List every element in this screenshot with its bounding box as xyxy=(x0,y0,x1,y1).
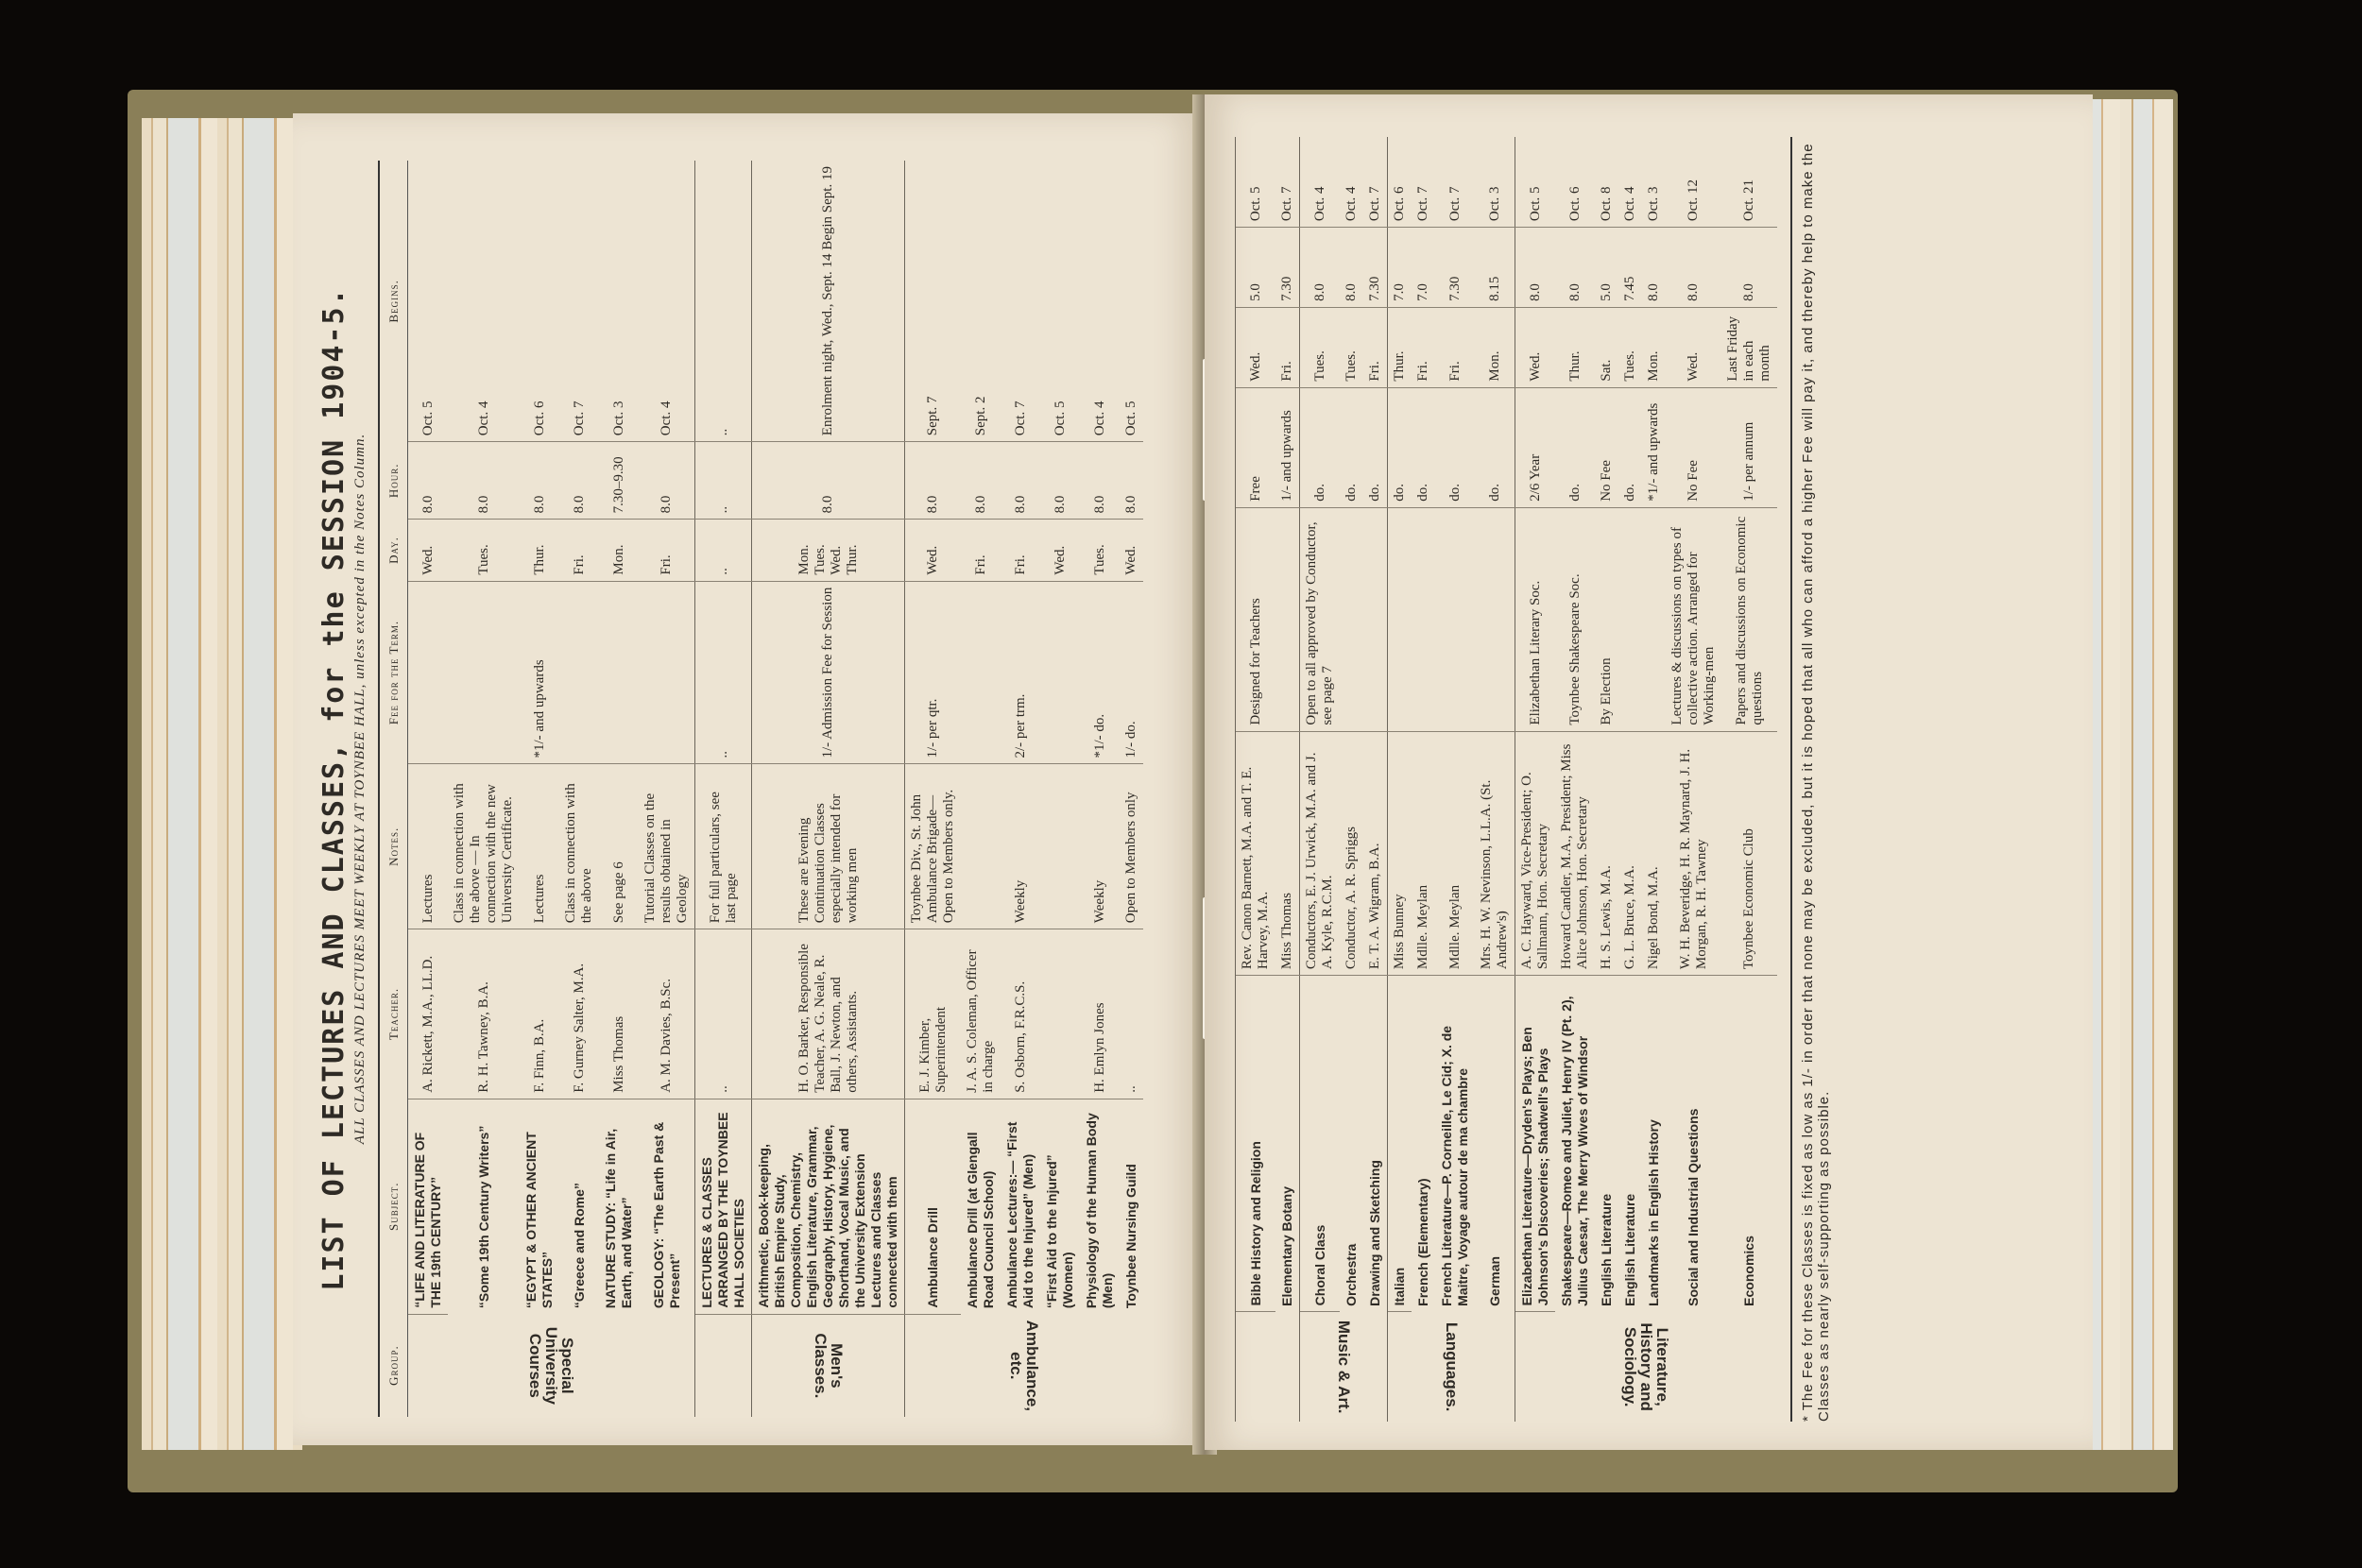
day-cell: Fri. xyxy=(961,520,1001,581)
teacher-cell: Toynbee Economic Club xyxy=(1721,731,1777,976)
begins-cell: Oct. 4 xyxy=(1080,161,1120,442)
begins-cell: Oct. 5 xyxy=(1515,137,1556,228)
group-cell: Special University Courses xyxy=(408,1314,695,1417)
col-notes: Notes. xyxy=(379,764,408,929)
teacher-cell: H. O. Barker, Responsible Teacher, A. G.… xyxy=(752,929,905,1099)
teacher-cell: Nigel Bond, M.A. xyxy=(1642,731,1666,976)
teacher-cell: F. Gurney Salter, M.A. xyxy=(559,929,599,1099)
subject-cell: Ambulance Drill (at Glengall Road Counci… xyxy=(961,1099,1001,1314)
document-subtitle: ALL CLASSES AND LECTURES MEET WEEKLY AT … xyxy=(352,161,368,1417)
table-row: NATURE STUDY: “Life in Air, Earth, and W… xyxy=(599,161,639,1417)
table-row: Ambulance, etc.Ambulance DrillE. J. Kimb… xyxy=(905,161,962,1417)
subject-cell: Italian xyxy=(1388,976,1412,1312)
group-label: Ambulance, etc. xyxy=(1008,1321,1040,1411)
hour-cell: .. xyxy=(695,442,752,520)
begins-cell: Oct. 8 xyxy=(1595,137,1618,228)
col-day xyxy=(1224,307,1236,387)
fee-cell xyxy=(448,581,520,764)
day-cell: Thur. xyxy=(1555,307,1595,387)
group-cell: Ambulance, etc. xyxy=(905,1314,1144,1417)
hour-cell: 8.0 xyxy=(1721,228,1777,308)
subject-cell: Landmarks in English History xyxy=(1642,976,1666,1312)
teacher-cell: Miss Thomas xyxy=(1275,731,1300,976)
table-row: “Some 19th Century Writers”R. H. Tawney,… xyxy=(448,161,520,1417)
teacher-cell: Mdlle. Meylan xyxy=(1435,731,1475,976)
table-row: Languages.ItalianMiss Bunneydo.Thur.7.0O… xyxy=(1388,137,1412,1422)
day-cell: Wed. xyxy=(1120,520,1143,581)
fee-cell: do. xyxy=(1475,387,1515,507)
hour-cell: 8.0 xyxy=(1040,442,1080,520)
table-row: Bible History and ReligionRev. Canon Bar… xyxy=(1236,137,1276,1422)
notes-cell: See page 6 xyxy=(599,764,639,929)
begins-cell: Enrolment night, Wed., Sept. 14 Begin Se… xyxy=(752,161,905,442)
notes-cell xyxy=(1435,507,1475,731)
teacher-cell: W. H. Beveridge, H. R. Maynard, J. H. Mo… xyxy=(1666,731,1721,976)
subject-cell: French (Elementary) xyxy=(1412,976,1435,1312)
fee-cell xyxy=(599,581,639,764)
begins-cell: Oct. 4 xyxy=(1340,137,1363,228)
table-row: “First Aid to the Injured” (Women)Wed.8.… xyxy=(1040,161,1080,1417)
teacher-cell: R. H. Tawney, B.A. xyxy=(448,929,520,1099)
table-row: English LiteratureG. L. Bruce, M.A.do.Tu… xyxy=(1618,137,1642,1422)
hour-cell: 8.0 xyxy=(961,442,1001,520)
col-day: Day. xyxy=(379,520,408,581)
teacher-cell: Mdlle. Meylan xyxy=(1412,731,1435,976)
begins-cell: Oct. 7 xyxy=(1435,137,1475,228)
hour-cell: 5.0 xyxy=(1236,228,1276,308)
right-table-body: Bible History and ReligionRev. Canon Bar… xyxy=(1236,137,1778,1422)
teacher-cell: .. xyxy=(695,929,752,1099)
day-cell: Fri. xyxy=(559,520,599,581)
subject-cell: “EGYPT & OTHER ANCIENT STATES” xyxy=(520,1099,559,1314)
teacher-cell: E. J. Kimber, Superintendent xyxy=(905,929,962,1099)
group-label: Special University Courses xyxy=(527,1321,575,1411)
table-row: Physiology of the Human Body (Men)H. Eml… xyxy=(1080,161,1120,1417)
begins-cell: .. xyxy=(695,161,752,442)
col-begins: Begins. xyxy=(379,161,408,442)
subject-cell: Ambulance Lectures:— “First Aid to the I… xyxy=(1001,1099,1040,1314)
table-row: EconomicsToynbee Economic ClubPapers and… xyxy=(1721,137,1777,1422)
subject-cell: “Greece and Rome” xyxy=(559,1099,599,1314)
subject-cell: “LIFE AND LITERATURE OF THE 19th CENTURY… xyxy=(408,1099,449,1314)
fee-cell: do. xyxy=(1555,387,1595,507)
notes-cell xyxy=(1388,507,1412,731)
day-cell: Tues. xyxy=(448,520,520,581)
teacher-cell: Miss Thomas xyxy=(599,929,639,1099)
fee-cell: *1/- and upwards xyxy=(1642,387,1666,507)
fee-cell: 1/- per annum xyxy=(1721,387,1777,507)
begins-cell: Oct. 7 xyxy=(1275,137,1300,228)
teacher-cell: G. L. Bruce, M.A. xyxy=(1618,731,1642,976)
hour-cell: 8.15 xyxy=(1475,228,1515,308)
day-cell: Wed. xyxy=(1515,307,1556,387)
day-cell: Fri. xyxy=(1435,307,1475,387)
begins-cell: Oct. 6 xyxy=(1388,137,1412,228)
day-cell: Mon. xyxy=(1475,307,1515,387)
day-cell: Tues. xyxy=(1300,307,1341,387)
table-row: Toynbee Nursing Guild..Open to Members o… xyxy=(1120,161,1143,1417)
subject-cell: Elizabethan Literature—Dryden's Plays; B… xyxy=(1515,976,1556,1312)
lectures-table-right: Bible History and ReligionRev. Canon Bar… xyxy=(1224,137,1777,1422)
table-row: Drawing and SketchingE. T. A. Wigram, B.… xyxy=(1363,137,1388,1422)
table-row: Elementary BotanyMiss Thomas1/- and upwa… xyxy=(1275,137,1300,1422)
notes-cell xyxy=(1275,507,1300,731)
notes-cell: Toynbee Shakespeare Soc. xyxy=(1555,507,1595,731)
begins-cell: Oct. 5 xyxy=(408,161,449,442)
notes-cell: Class in connection with the above xyxy=(559,764,599,929)
lectures-table-left: Group. Subject. Teacher. Notes. Fee for … xyxy=(378,161,1143,1417)
table-row: OrchestraConductor, A. R. Spriggsdo.Tues… xyxy=(1340,137,1363,1422)
begins-cell: Oct. 3 xyxy=(599,161,639,442)
begins-cell: Oct. 6 xyxy=(520,161,559,442)
fee-cell: 2/6 Year xyxy=(1515,387,1556,507)
table-row: Music & Art.Choral ClassConductors, E. J… xyxy=(1300,137,1341,1422)
table-row: Landmarks in English HistoryNigel Bond, … xyxy=(1642,137,1666,1422)
teacher-cell: Miss Bunney xyxy=(1388,731,1412,976)
fee-cell: 1/- Admission Fee for Session xyxy=(752,581,905,764)
subject-cell: LECTURES & CLASSES ARRANGED BY THE TOYNB… xyxy=(695,1099,752,1314)
left-table-body: Special University Courses“LIFE AND LITE… xyxy=(408,161,1144,1417)
day-cell: Wed. xyxy=(1236,307,1276,387)
hour-cell: 8.0 xyxy=(520,442,559,520)
subject-cell: Toynbee Nursing Guild xyxy=(1120,1099,1143,1314)
teacher-cell: H. Emlyn Jones xyxy=(1080,929,1120,1099)
fee-cell: do. xyxy=(1340,387,1363,507)
subject-cell: Ambulance Drill xyxy=(905,1099,962,1314)
begins-cell: Oct. 5 xyxy=(1236,137,1276,228)
day-cell: Wed. xyxy=(1040,520,1080,581)
hour-cell: 8.0 xyxy=(1080,442,1120,520)
hour-cell: 8.0 xyxy=(1515,228,1556,308)
fee-cell: do. xyxy=(1363,387,1388,507)
notes-cell: Tutorial Classes on the results obtained… xyxy=(639,764,695,929)
table-row: French Literature—P. Corneille, Le Cid; … xyxy=(1435,137,1475,1422)
hour-cell: 5.0 xyxy=(1595,228,1618,308)
day-cell: Tues. xyxy=(1340,307,1363,387)
subject-cell: English Literature xyxy=(1595,976,1618,1312)
fee-cell xyxy=(559,581,599,764)
teacher-cell xyxy=(1040,929,1080,1099)
day-cell: Mon. xyxy=(599,520,639,581)
group-cell xyxy=(695,1314,752,1417)
group-label: Languages. xyxy=(1444,1318,1460,1416)
begins-cell: Oct. 6 xyxy=(1555,137,1595,228)
teacher-cell: F. Finn, B.A. xyxy=(520,929,559,1099)
fee-cell: do. xyxy=(1618,387,1642,507)
day-cell: Thur. xyxy=(520,520,559,581)
day-cell: Fri. xyxy=(1001,520,1040,581)
teacher-cell: J. A. S. Coleman, Officer in charge xyxy=(961,929,1001,1099)
fee-cell xyxy=(961,581,1001,764)
begins-cell: Oct. 7 xyxy=(1363,137,1388,228)
fee-cell: .. xyxy=(695,581,752,764)
teacher-cell: Conductors, E. J. Urwick, M.A. and J. A.… xyxy=(1300,731,1341,976)
hour-cell: 8.0 xyxy=(1666,228,1721,308)
col-hour xyxy=(1224,228,1236,308)
subject-cell: Economics xyxy=(1721,976,1777,1312)
notes-cell xyxy=(1475,507,1515,731)
teacher-cell: Rev. Canon Barnett, M.A. and T. E. Harve… xyxy=(1236,731,1276,976)
day-cell: Wed. xyxy=(408,520,449,581)
col-fee: Fee for the Term. xyxy=(379,581,408,764)
fee-cell: do. xyxy=(1300,387,1341,507)
teacher-cell: A. M. Davies, B.Sc. xyxy=(639,929,695,1099)
table-row: Special University Courses“LIFE AND LITE… xyxy=(408,161,449,1417)
fee-cell xyxy=(639,581,695,764)
table-row: Men's Classes.Arithmetic, Book-keeping, … xyxy=(752,161,905,1417)
subject-cell: “First Aid to the Injured” (Women) xyxy=(1040,1099,1080,1314)
day-cell: Fri. xyxy=(639,520,695,581)
notes-cell: Papers and discussions on Economic quest… xyxy=(1721,507,1777,731)
col-begins xyxy=(1224,137,1236,228)
day-cell: Wed. xyxy=(1666,307,1721,387)
group-cell: Music & Art. xyxy=(1300,1312,1388,1422)
col-subject: Subject. xyxy=(379,1099,408,1314)
hour-cell: 7.45 xyxy=(1618,228,1642,308)
group-cell xyxy=(1236,1312,1300,1422)
col-group: Group. xyxy=(379,1314,408,1417)
teacher-cell: H. S. Lewis, M.A. xyxy=(1595,731,1618,976)
begins-cell: Sept. 7 xyxy=(905,161,962,442)
fee-cell: 1/- and upwards xyxy=(1275,387,1300,507)
hour-cell: 7.30–9.30 xyxy=(599,442,639,520)
col-notes xyxy=(1224,507,1236,731)
subject-cell: Shakespeare—Romeo and Juliet, Henry IV (… xyxy=(1555,976,1595,1312)
col-hour: Hour. xyxy=(379,442,408,520)
notes-cell xyxy=(1412,507,1435,731)
fee-cell: No Fee xyxy=(1666,387,1721,507)
fee-cell: 2/- per trm. xyxy=(1001,581,1040,764)
notes-cell: Lectures xyxy=(520,764,559,929)
notes-cell xyxy=(1363,507,1388,731)
subject-cell: French Literature—P. Corneille, Le Cid; … xyxy=(1435,976,1475,1312)
day-cell: Last Friday in each month xyxy=(1721,307,1777,387)
subject-cell: Drawing and Sketching xyxy=(1363,976,1388,1312)
notes-cell: Elizabethan Literary Soc. xyxy=(1515,507,1556,731)
hour-cell: 8.0 xyxy=(1340,228,1363,308)
begins-cell: Oct. 5 xyxy=(1120,161,1143,442)
hour-cell: 8.0 xyxy=(559,442,599,520)
notes-cell: Lectures & discussions on types of colle… xyxy=(1666,507,1721,731)
fee-cell: do. xyxy=(1388,387,1412,507)
begins-cell: Oct. 7 xyxy=(1412,137,1435,228)
hour-cell: 8.0 xyxy=(905,442,962,520)
table-row: GEOLOGY: “The Earth Past & Present”A. M.… xyxy=(639,161,695,1417)
group-cell: Literature, History and Sociology. xyxy=(1515,1312,1778,1422)
notes-cell: Open to all approved by Conductor, see p… xyxy=(1300,507,1341,731)
table-row: English LiteratureH. S. Lewis, M.A.By El… xyxy=(1595,137,1618,1422)
subject-cell: English Literature xyxy=(1618,976,1642,1312)
fee-cell: Free xyxy=(1236,387,1276,507)
hour-cell: 8.0 xyxy=(448,442,520,520)
fee-cell: No Fee xyxy=(1595,387,1618,507)
notes-cell xyxy=(1340,507,1363,731)
begins-cell: Oct. 12 xyxy=(1666,137,1721,228)
col-group xyxy=(1224,1312,1236,1422)
col-subject xyxy=(1224,976,1236,1312)
notes-cell: Toynbee Div., St. John Ambulance Brigade… xyxy=(905,764,962,929)
subject-cell: Physiology of the Human Body (Men) xyxy=(1080,1099,1120,1314)
table-row: Ambulance Drill (at Glengall Road Counci… xyxy=(961,161,1001,1417)
page-edges-left xyxy=(142,118,302,1450)
notes-cell: Weekly xyxy=(1080,764,1120,929)
hour-cell: 8.0 xyxy=(1120,442,1143,520)
hour-cell: 8.0 xyxy=(1001,442,1040,520)
notes-cell: By Election xyxy=(1595,507,1618,731)
left-page-content: LIST OF LECTURES AND CLASSES, for the SE… xyxy=(312,161,1181,1417)
begins-cell: Oct. 3 xyxy=(1475,137,1515,228)
table-row: “EGYPT & OTHER ANCIENT STATES”F. Finn, B… xyxy=(520,161,559,1417)
teacher-cell: Howard Candler, M.A., President; Miss Al… xyxy=(1555,731,1595,976)
notes-cell xyxy=(1618,507,1642,731)
col-fee xyxy=(1224,387,1236,507)
subject-cell: German xyxy=(1475,976,1515,1312)
subject-cell: Orchestra xyxy=(1340,976,1363,1312)
fee-cell: do. xyxy=(1412,387,1435,507)
document-title: LIST OF LECTURES AND CLASSES, for the SE… xyxy=(317,161,351,1417)
table-row: French (Elementary)Mdlle. Meylando.Fri.7… xyxy=(1412,137,1435,1422)
hour-cell: 8.0 xyxy=(639,442,695,520)
fee-cell: do. xyxy=(1435,387,1475,507)
day-cell: Sat. xyxy=(1595,307,1618,387)
notes-cell xyxy=(1642,507,1666,731)
day-cell: Mon. Tues. Wed. Thur. xyxy=(752,520,905,581)
footnote: * The Fee for these Classes is fixed as … xyxy=(1790,137,1832,1422)
notes-cell: Designed for Teachers xyxy=(1236,507,1276,731)
notes-cell xyxy=(961,764,1001,929)
hour-cell: 7.30 xyxy=(1435,228,1475,308)
fee-cell: *1/- and upwards xyxy=(520,581,559,764)
notes-cell: Class in connection with the above — In … xyxy=(448,764,520,929)
teacher-cell: A. C. Hayward, Vice-President; O. Sallma… xyxy=(1515,731,1556,976)
begins-cell: Oct. 4 xyxy=(1618,137,1642,228)
notes-cell: Open to Members only xyxy=(1120,764,1143,929)
fee-cell: 1/- do. xyxy=(1120,581,1143,764)
hour-cell: 7.30 xyxy=(1275,228,1300,308)
begins-cell: Oct. 3 xyxy=(1642,137,1666,228)
subject-cell: Arithmetic, Book-keeping, British Empire… xyxy=(752,1099,905,1314)
hour-cell: 7.0 xyxy=(1412,228,1435,308)
begins-cell: Oct. 4 xyxy=(639,161,695,442)
table-row: Shakespeare—Romeo and Juliet, Henry IV (… xyxy=(1555,137,1595,1422)
hour-cell: 7.30 xyxy=(1363,228,1388,308)
teacher-cell: .. xyxy=(1120,929,1143,1099)
hour-cell: 8.0 xyxy=(752,442,905,520)
group-cell: Men's Classes. xyxy=(752,1314,905,1417)
table-row: GermanMrs. H. W. Nevinson, L.L.A. (St. A… xyxy=(1475,137,1515,1422)
group-label: Men's Classes. xyxy=(813,1321,845,1411)
right-page: Bible History and ReligionRev. Canon Bar… xyxy=(1205,94,2093,1450)
notes-cell: Lectures xyxy=(408,764,449,929)
begins-cell: Sept. 2 xyxy=(961,161,1001,442)
day-cell: .. xyxy=(695,520,752,581)
begins-cell: Oct. 4 xyxy=(1300,137,1341,228)
teacher-cell: Conductor, A. R. Spriggs xyxy=(1340,731,1363,976)
col-teacher xyxy=(1224,731,1236,976)
day-cell: Wed. xyxy=(905,520,962,581)
begins-cell: Oct. 5 xyxy=(1040,161,1080,442)
table-row: Social and Industrial QuestionsW. H. Bev… xyxy=(1666,137,1721,1422)
subject-cell: GEOLOGY: “The Earth Past & Present” xyxy=(639,1099,695,1314)
teacher-cell: A. Rickett, M.A., LL.D. xyxy=(408,929,449,1099)
fee-cell: 1/- per qtr. xyxy=(905,581,962,764)
begins-cell: Oct. 21 xyxy=(1721,137,1777,228)
table-row: LECTURES & CLASSES ARRANGED BY THE TOYNB… xyxy=(695,161,752,1417)
subject-cell: NATURE STUDY: “Life in Air, Earth, and W… xyxy=(599,1099,639,1314)
subject-cell: Elementary Botany xyxy=(1275,976,1300,1312)
group-cell: Languages. xyxy=(1388,1312,1515,1422)
group-label: Music & Art. xyxy=(1336,1318,1352,1416)
teacher-cell: Mrs. H. W. Nevinson, L.L.A. (St. Andrew'… xyxy=(1475,731,1515,976)
table-row: Literature, History and Sociology.Elizab… xyxy=(1515,137,1556,1422)
subject-cell: “Some 19th Century Writers” xyxy=(448,1099,520,1314)
notes-cell: For full particulars, see last page xyxy=(695,764,752,929)
day-cell: Mon. xyxy=(1642,307,1666,387)
subject-cell: Choral Class xyxy=(1300,976,1341,1312)
hour-cell: 8.0 xyxy=(1300,228,1341,308)
group-label: Literature, History and Sociology. xyxy=(1622,1318,1670,1416)
day-cell: Tues. xyxy=(1080,520,1120,581)
left-page: LIST OF LECTURES AND CLASSES, for the SE… xyxy=(293,113,1200,1445)
day-cell: Thur. xyxy=(1388,307,1412,387)
hour-cell: 8.0 xyxy=(1555,228,1595,308)
day-cell: Fri. xyxy=(1412,307,1435,387)
hour-cell: 8.0 xyxy=(408,442,449,520)
hour-cell: 7.0 xyxy=(1388,228,1412,308)
col-teacher: Teacher. xyxy=(379,929,408,1099)
fee-cell xyxy=(408,581,449,764)
right-page-content: Bible History and ReligionRev. Canon Bar… xyxy=(1224,137,2074,1422)
fee-cell xyxy=(1040,581,1080,764)
begins-cell: Oct. 7 xyxy=(559,161,599,442)
table-row: Ambulance Lectures:— “First Aid to the I… xyxy=(1001,161,1040,1417)
teacher-cell: E. T. A. Wigram, B.A. xyxy=(1363,731,1388,976)
begins-cell: Oct. 4 xyxy=(448,161,520,442)
notes-cell: Weekly xyxy=(1001,764,1040,929)
fee-cell: *1/- do. xyxy=(1080,581,1120,764)
notes-cell xyxy=(1040,764,1080,929)
table-row: “Greece and Rome”F. Gurney Salter, M.A.C… xyxy=(559,161,599,1417)
notes-cell: These are Evening Continuation Classes e… xyxy=(752,764,905,929)
day-cell: Fri. xyxy=(1363,307,1388,387)
day-cell: Fri. xyxy=(1275,307,1300,387)
hour-cell: 8.0 xyxy=(1642,228,1666,308)
subject-cell: Social and Industrial Questions xyxy=(1666,976,1721,1312)
begins-cell: Oct. 7 xyxy=(1001,161,1040,442)
teacher-cell: S. Osborn, F.R.C.S. xyxy=(1001,929,1040,1099)
subject-cell: Bible History and Religion xyxy=(1236,976,1276,1312)
day-cell: Tues. xyxy=(1618,307,1642,387)
